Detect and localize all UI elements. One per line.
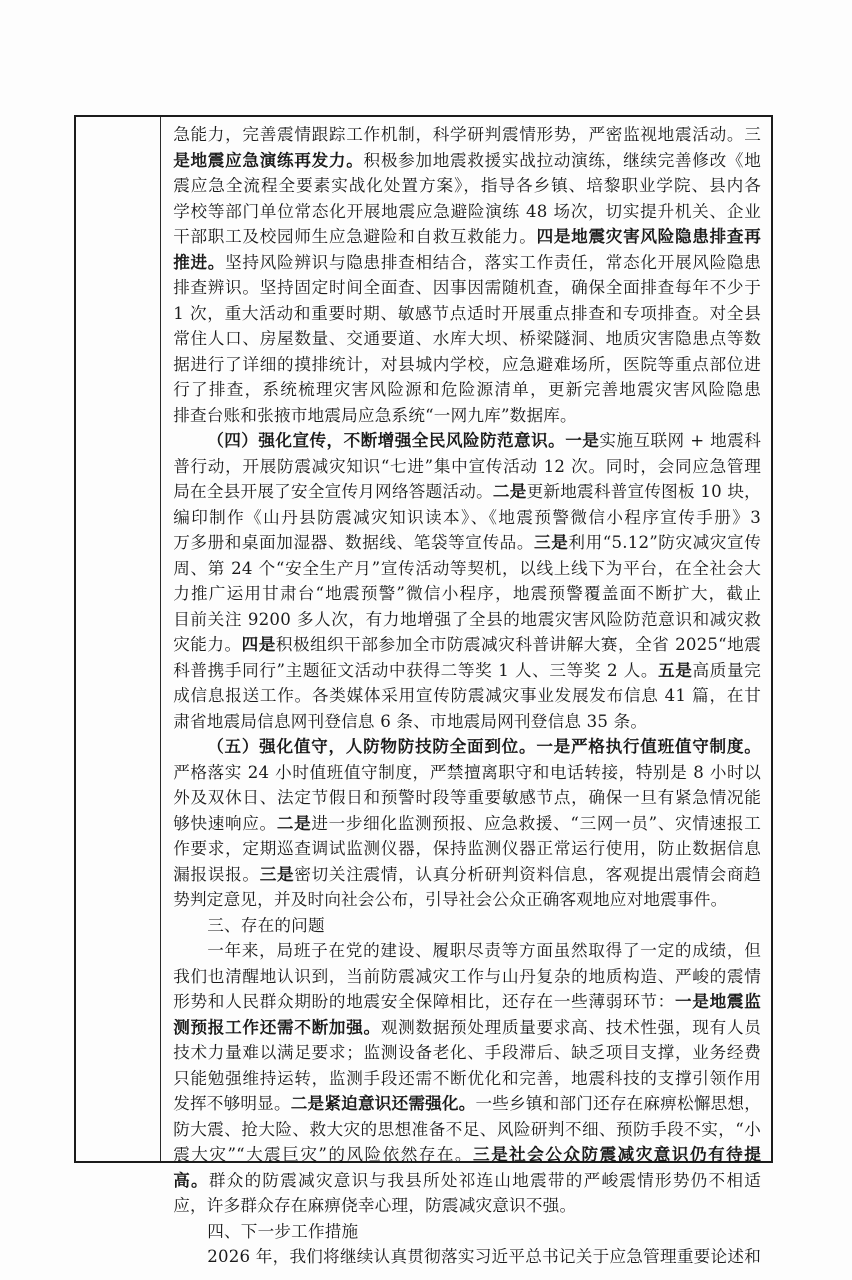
body-text: 形势和人民群众期盼的地震安全保障相比，还存在一些薄弱环节： [173, 992, 675, 1011]
text-line: 学校等部门单位常态化开展地震应急避险演练 48 场次，切实提升机关、企业 [173, 199, 761, 225]
text-line: 1 次，重大活动和重要时期、敏感节点适时开展重点排查和专项排查。对全县 [173, 301, 761, 327]
body-text: 震大灾”“大震巨灾”的风险依然存在。 [173, 1145, 473, 1164]
bold-text: 二是紧迫意识还需强化。 [291, 1093, 476, 1113]
body-text: 震应急全流程全要素实战化处置方案》，指导各乡镇、培黎职业学院、县内各 [173, 176, 761, 195]
body-text: 进一步细化监测预报、应急救援、“三网一员”、灾情速报工 [311, 814, 761, 833]
body-text: 坚持风险辨识与隐患排查相结合，落实工作责任，常态化开展风险隐患 [225, 253, 761, 272]
text-line: 发挥不够明显。二是紧迫意识还需强化。一些乡镇和部门还存在麻痹松懈思想， [173, 1091, 761, 1117]
table-content-column: 急能力，完善震情跟踪工作机制，科学研判震情形势，严密监视地震活动。三是地震应急演… [161, 117, 771, 1161]
body-text: 一年来，局班子在党的建设、履职尽责等方面虽然取得了一定的成绩，但 [207, 941, 761, 960]
bold-text: 测预报工作还需不断加强。 [173, 1017, 381, 1037]
text-line: 防大震、抢大险、救大灾的思想准备不足、风险研判不细、预防手段不实，“小 [173, 1117, 761, 1143]
text-line: 灾能力。四是积极组织干部参加全市防震减灾科普讲解大赛，全省 2025“地震 [173, 632, 761, 658]
bold-text: 四是 [242, 634, 276, 654]
body-text: 1 次，重大活动和重要时期、敏感节点适时开展重点排查和专项排查。对全县 [173, 304, 761, 323]
text-line: 成信息报送工作。各类媒体采用宣传防震减灾事业发展发布信息 41 篇，在甘 [173, 683, 761, 709]
body-text: 利用“5.12”防灾减灾宣传 [568, 533, 761, 552]
text-line: 肃省地震局信息网刊登信息 6 条、市地震局网刊登信息 35 条。 [173, 709, 761, 735]
document-page: 急能力，完善震情跟踪工作机制，科学研判震情形势，严密监视地震活动。三是地震应急演… [0, 0, 852, 1280]
text-line: 2026 年，我们将继续认真贯彻落实习近平总书记关于应急管理重要论述和 [173, 1244, 761, 1270]
body-text: 目前关注 9200 多人次，有力地增强了全县的地震灾害风险防范意识和减灾救 [173, 610, 761, 629]
body-text: 排查辨识。坚持固定时间全面查、因事因需随机查，确保全面排查每年不少于 [173, 278, 761, 297]
text-line: （五）强化值守，人防物防技防全面到位。一是严格执行值班值守制度。 [173, 734, 761, 760]
text-line: 一年来，局班子在党的建设、履职尽责等方面虽然取得了一定的成绩，但 [173, 938, 761, 964]
text-line: 排查辨识。坚持固定时间全面查、因事因需随机查，确保全面排查每年不少于 [173, 275, 761, 301]
section-heading: 三、存在的问题 [173, 913, 761, 939]
text-line: 科普携手同行”主题征文活动中获得二等奖 1 人、三等奖 2 人。五是高质量完 [173, 658, 761, 684]
text-line: 周、第 24 个“安全生产月”宣传活动等契机，以线上线下为平台，在全社会大 [173, 556, 761, 582]
text-line: 力推广运用甘肃台“地震预警”微信小程序，地震预警覆盖面不断扩大，截止 [173, 581, 761, 607]
body-text: 观测数据预处理质量要求高、技术性强，现有人员 [381, 1018, 761, 1037]
text-line: 作要求，定期巡查调试监测仪器，保持监测仪器正常运行使用，防止数据信息 [173, 836, 761, 862]
body-text: 一些乡镇和部门还存在麻痹松懈思想， [476, 1094, 762, 1113]
text-line: 只能勉强维持运转，监测手段还需不断优化和完善，地震科技的支撑引领作用 [173, 1066, 761, 1092]
text-line: 应，许多群众存在麻痹侥幸心理，防震减灾意识不强。 [173, 1193, 761, 1219]
bold-text: 三是 [260, 864, 295, 884]
bold-text: 高。 [173, 1170, 209, 1190]
text-line: 干部职工及校园师生应急避险和自救互救能力。四是地震灾害风险隐患排查再 [173, 224, 761, 250]
bold-text: （五）强化值守，人防物防技防全面到位。一是严格执行值班值守制度。 [207, 736, 761, 756]
bold-text: （四）强化宣传，不断增强全民风险防范意识。 [207, 430, 565, 450]
body-text: 积极组织干部参加全市防震减灾科普讲解大赛，全省 2025“地震 [276, 635, 761, 654]
text-line: 编印制作《山丹县防震减灾知识读本》、《地震预警微信小程序宣传手册》3 [173, 505, 761, 531]
bold-text: 一是地震监 [675, 991, 761, 1011]
text-line: 目前关注 9200 多人次，有力地增强了全县的地震灾害风险防范意识和减灾救 [173, 607, 761, 633]
body-text: 成信息报送工作。各类媒体采用宣传防震减灾事业发展发布信息 41 篇，在甘 [173, 686, 761, 705]
text-line: 普行动，开展防震减灾知识“七进”集中宣传活动 12 次。同时，会同应急管理 [173, 454, 761, 480]
text-line: 是地震应急演练再发力。积极参加地震救援实战拉动演练，继续完善修改《地 [173, 148, 761, 174]
body-text: 灾能力。 [173, 635, 241, 654]
body-text: 发挥不够明显。 [173, 1094, 291, 1113]
body-text: 干部职工及校园师生应急避险和自救互救能力。 [173, 227, 536, 246]
body-text: 密切关注震情，认真分析研判资料信息，客观提出震情会商趋 [294, 865, 761, 884]
text-line: 据进行了详细的摸排统计，对县城内学校，应急避难场所，医院等重点部位进 [173, 352, 761, 378]
body-text: 周、第 24 个“安全生产月”宣传活动等契机，以线上线下为平台，在全社会大 [173, 559, 761, 578]
body-text: 科普携手同行”主题征文活动中获得二等奖 1 人、三等奖 2 人。 [173, 661, 658, 680]
body-text: 实施互联网 + 地震科 [599, 431, 761, 450]
text-line: 推进。坚持风险辨识与隐患排查相结合，落实工作责任，常态化开展风险隐患 [173, 250, 761, 276]
text-line: 局在全县开展了安全宣传月网络答题活动。二是更新地震科普宣传图板 10 块， [173, 479, 761, 505]
body-text: 够快速响应。 [173, 814, 277, 833]
body-text: 力推广运用甘肃台“地震预警”微信小程序，地震预警覆盖面不断扩大，截止 [173, 584, 761, 603]
body-text: 外及双休日、法定节假日和预警时段等重要敏感节点，确保一旦有紧急情况能 [173, 788, 761, 807]
report-table: 急能力，完善震情跟踪工作机制，科学研判震情形势，严密监视地震活动。三是地震应急演… [74, 115, 773, 1163]
body-text: 更新地震科普宣传图板 10 块， [527, 482, 761, 501]
body-text: 四、下一步工作措施 [207, 1222, 358, 1241]
text-line: 排查台账和张掖市地震局应急系统“一网九库”数据库。 [173, 403, 761, 429]
body-text: 万多册和桌面加湿器、数据线、笔袋等宣传品。 [173, 533, 534, 552]
body-text: 学校等部门单位常态化开展地震应急避险演练 48 场次，切实提升机关、企业 [173, 202, 761, 221]
body-text: 漏报误报。 [173, 865, 260, 884]
text-line: 我们也清醒地认识到，当前防震减灾工作与山丹复杂的地质构造、严峻的震情 [173, 964, 761, 990]
body-text: 肃省地震局信息网刊登信息 6 条、市地震局网刊登信息 35 条。 [173, 712, 647, 731]
bold-text: 推进。 [173, 252, 225, 272]
body-text: 急能力，完善震情跟踪工作机制，科学研判震情形势，严密监视地震活动。三 [173, 125, 761, 144]
bold-text: 是地震应急演练再发力。 [173, 150, 363, 170]
text-line: （四）强化宣传，不断增强全民风险防范意识。一是实施互联网 + 地震科 [173, 428, 761, 454]
bold-text: 二是 [277, 813, 312, 833]
text-line: 漏报误报。三是密切关注震情，认真分析研判资料信息，客观提出震情会商趋 [173, 862, 761, 888]
bold-text: 三是社会公众防震减灾意识仍有待提 [473, 1144, 761, 1164]
body-text: 应，许多群众存在麻痹侥幸心理，防震减灾意识不强。 [173, 1196, 576, 1215]
text-line: 势判定意见，并及时向社会公布，引导社会公众正确客观地应对地震事件。 [173, 887, 761, 913]
text-line: 震大灾”“大震巨灾”的风险依然存在。三是社会公众防震减灾意识仍有待提 [173, 1142, 761, 1168]
text-line: 够快速响应。二是进一步细化监测预报、应急救援、“三网一员”、灾情速报工 [173, 811, 761, 837]
body-text: 编印制作《山丹县防震减灾知识读本》、《地震预警微信小程序宣传手册》3 [173, 508, 761, 527]
body-text: 高质量完 [693, 661, 761, 680]
body-text: 普行动，开展防震减灾知识“七进”集中宣传活动 12 次。同时，会同应急管理 [173, 457, 761, 476]
text-line: 常住人口、房屋数量、交通要道、水库大坝、桥梁隧洞、地质灾害隐患点等数 [173, 326, 761, 352]
body-text: 2026 年，我们将继续认真贯彻落实习近平总书记关于应急管理重要论述和 [207, 1247, 761, 1266]
text-line: 震应急全流程全要素实战化处置方案》，指导各乡镇、培黎职业学院、县内各 [173, 173, 761, 199]
bold-text: 二是 [493, 481, 527, 501]
body-text: 常住人口、房屋数量、交通要道、水库大坝、桥梁隧洞、地质灾害隐患点等数 [173, 329, 761, 348]
body-text: 行了排查，系统梳理灾害风险源和危险源清单，更新完善地震灾害风险隐患 [173, 380, 761, 399]
text-line: 万多册和桌面加湿器、数据线、笔袋等宣传品。三是利用“5.12”防灾减灾宣传 [173, 530, 761, 556]
body-text: 技术力量难以满足要求；监测设备老化、手段滞后、缺乏项目支撑，业务经费 [173, 1043, 761, 1062]
text-line: 技术力量难以满足要求；监测设备老化、手段滞后、缺乏项目支撑，业务经费 [173, 1040, 761, 1066]
text-line: 行了排查，系统梳理灾害风险源和危险源清单，更新完善地震灾害风险隐患 [173, 377, 761, 403]
text-line: 测预报工作还需不断加强。观测数据预处理质量要求高、技术性强，现有人员 [173, 1015, 761, 1041]
body-text: 我们也清醒地认识到，当前防震减灾工作与山丹复杂的地质构造、严峻的震情 [173, 967, 761, 986]
table-left-column [76, 117, 161, 1161]
body-text: 严格落实 24 小时值班值守制度，严禁擅离职守和电话转接，特别是 8 小时以 [173, 763, 761, 782]
body-text: 防大震、抢大险、救大灾的思想准备不足、风险研判不细、预防手段不实，“小 [173, 1120, 761, 1139]
section-heading: 四、下一步工作措施 [173, 1219, 761, 1245]
body-text: 势判定意见，并及时向社会公布，引导社会公众正确客观地应对地震事件。 [173, 890, 727, 909]
body-text: 作要求，定期巡查调试监测仪器，保持监测仪器正常运行使用，防止数据信息 [173, 839, 761, 858]
body-text: 局在全县开展了安全宣传月网络答题活动。 [173, 482, 493, 501]
body-text: 据进行了详细的摸排统计，对县城内学校，应急避难场所，医院等重点部位进 [173, 355, 761, 374]
bold-text: 四是地震灾害风险隐患排查再 [537, 226, 761, 246]
body-text: 只能勉强维持运转，监测手段还需不断优化和完善，地震科技的支撑引领作用 [173, 1069, 761, 1088]
body-text: 积极参加地震救援实战拉动演练，继续完善修改《地 [364, 151, 761, 170]
text-line: 急能力，完善震情跟踪工作机制，科学研判震情形势，严密监视地震活动。三 [173, 122, 761, 148]
bold-text: 五是 [658, 660, 692, 680]
text-line: 严格落实 24 小时值班值守制度，严禁擅离职守和电话转接，特别是 8 小时以 [173, 760, 761, 786]
text-line: 高。群众的防震减灾意识与我县所处祁连山地震带的严峻震情形势仍不相适 [173, 1168, 761, 1194]
body-text: 群众的防震减灾意识与我县所处祁连山地震带的严峻震情形势仍不相适 [209, 1171, 761, 1190]
bold-text: 一是 [565, 430, 599, 450]
text-line: 形势和人民群众期盼的地震安全保障相比，还存在一些薄弱环节：一是地震监 [173, 989, 761, 1015]
body-text: 排查台账和张掖市地震局应急系统“一网九库”数据库。 [173, 406, 577, 425]
text-line: 外及双休日、法定节假日和预警时段等重要敏感节点，确保一旦有紧急情况能 [173, 785, 761, 811]
body-text: 三、存在的问题 [207, 916, 325, 935]
bold-text: 三是 [534, 532, 568, 552]
